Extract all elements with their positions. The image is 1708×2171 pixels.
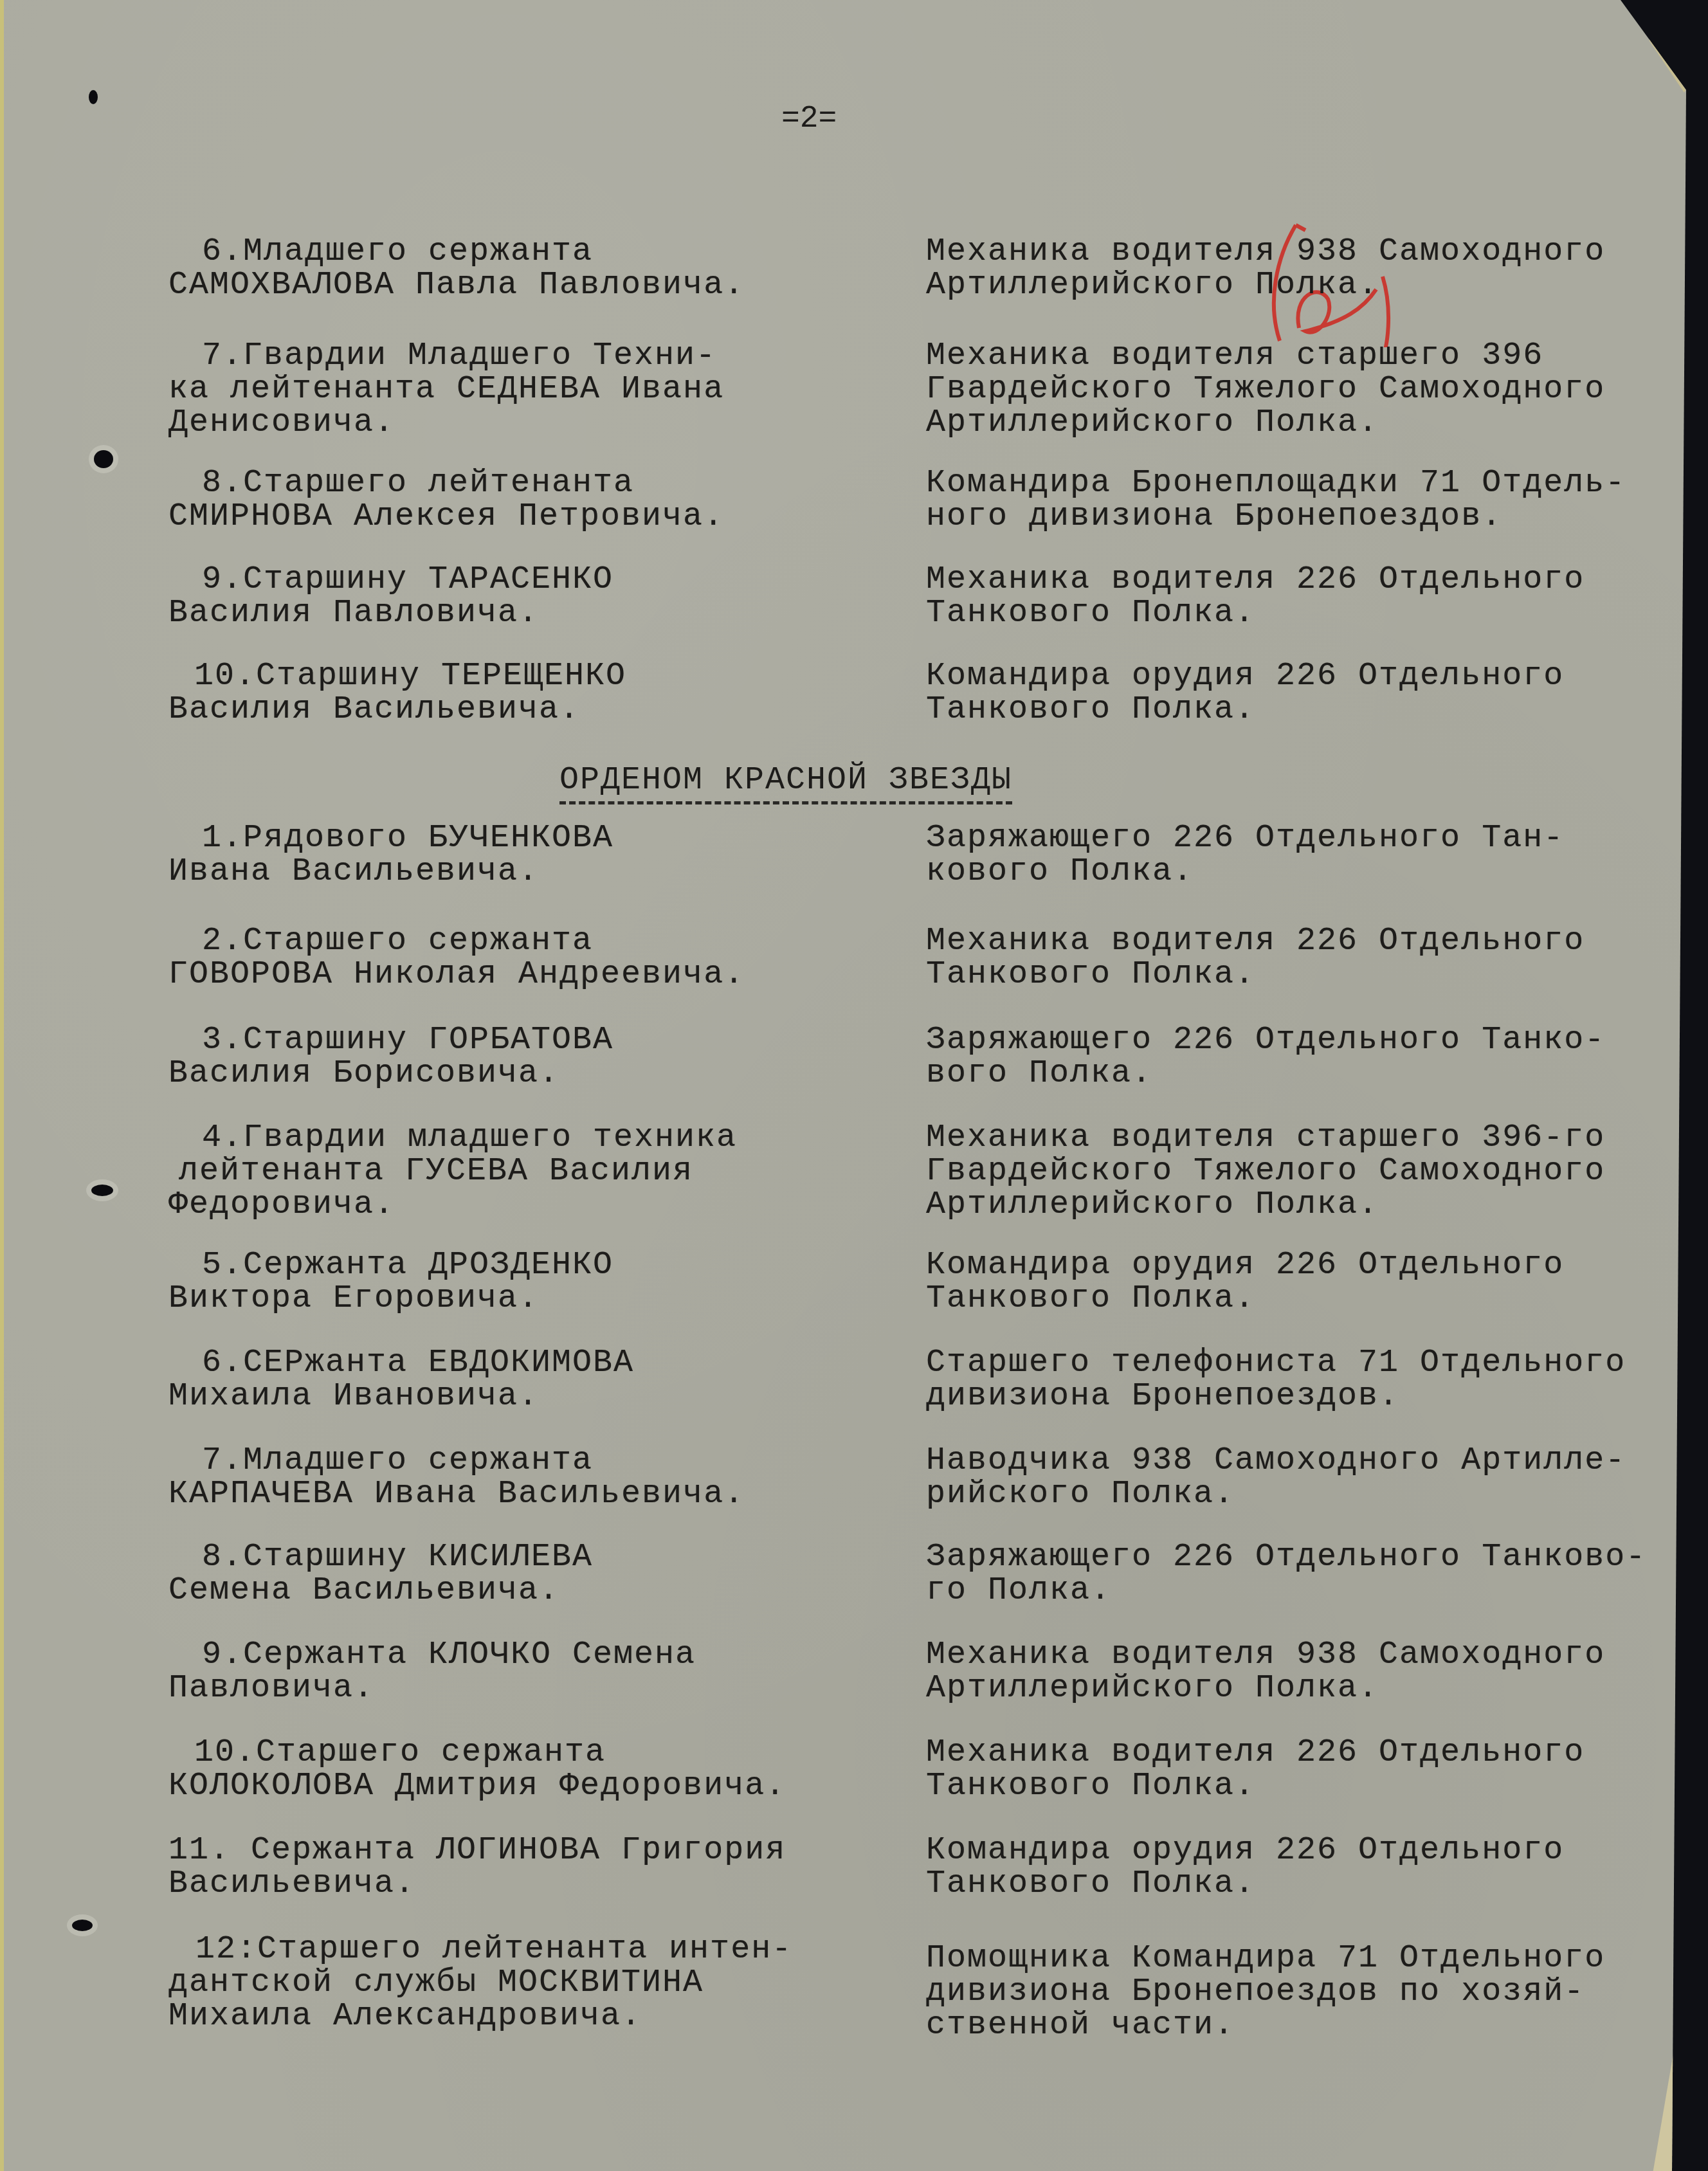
- name-line: Васильевича.: [168, 1867, 914, 1901]
- name-line: КАРПАЧЕВА Ивана Васильевича.: [168, 1478, 914, 1511]
- entry-position-block: Механика водителя 938 Самоходного Артилл…: [926, 1639, 1672, 1705]
- name-line: ка лейтенанта СЕДНЕВА Ивана: [168, 373, 914, 406]
- entry-name-block: 6.Младшего сержанта САМОХВАЛОВА Павла Па…: [168, 235, 914, 302]
- entry-position-block: Наводчика 938 Самоходного Артилле- рийск…: [926, 1444, 1672, 1511]
- entry-name-block: 7.Гвардии Младшего Техни- ка лейтенанта …: [168, 340, 914, 440]
- name-line: 8.Старшину КИСИЛЕВА: [168, 1541, 914, 1574]
- name-line: 6.Младшего сержанта: [168, 235, 914, 269]
- name-line: 3.Старшину ГОРБАТОВА: [168, 1024, 914, 1057]
- punch-hole-top: [89, 90, 98, 104]
- position-line: Танкового Полка.: [926, 597, 1672, 630]
- entry-name-block: 6.СЕРжанта ЕВДОКИМОВА Михаила Ивановича.: [168, 1347, 914, 1413]
- position-line: Командира орудия 226 Отдельного: [926, 1249, 1672, 1282]
- position-line: Механика водителя 226 Отдельного: [926, 563, 1672, 597]
- paper-left-edge: [0, 0, 4, 2171]
- position-line: Помощника Командира 71 Отдельного: [926, 1942, 1672, 1976]
- position-line: Танкового Полка.: [926, 1770, 1672, 1803]
- position-line: го Полка.: [926, 1574, 1672, 1608]
- name-line: 1.Рядового БУЧЕНКОВА: [168, 822, 914, 855]
- name-line: 2.Старшего сержанта: [168, 925, 914, 958]
- name-line: 7.Младшего сержанта: [168, 1444, 914, 1478]
- name-line: 5.Сержанта ДРОЗДЕНКО: [168, 1249, 914, 1282]
- position-line: Командира орудия 226 Отдельного: [926, 1834, 1672, 1867]
- entry-position-block: Заряжающего 226 Отдельного Танко- вого П…: [926, 1024, 1672, 1091]
- position-line: Наводчика 938 Самоходного Артилле-: [926, 1444, 1672, 1478]
- name-line: Василия Борисовича.: [168, 1057, 914, 1091]
- position-line: Гвардейского Тяжелого Самоходного: [926, 1155, 1672, 1188]
- entry-name-block: 4.Гвардии младшего техника лейтенанта ГУ…: [168, 1122, 914, 1222]
- position-line: Гвардейского Тяжелого Самоходного: [926, 373, 1672, 406]
- position-line: Командира Бронеплощадки 71 Отдель-: [926, 467, 1672, 500]
- position-line: Механика водителя 938 Самоходного: [926, 235, 1672, 269]
- position-line: вого Полка.: [926, 1057, 1672, 1091]
- name-line: Василия Васильевича.: [168, 693, 914, 727]
- entry-position-block: Механика водителя 226 Отдельного Танково…: [926, 1736, 1672, 1803]
- entry-position-block: Командира орудия 226 Отдельного Танковог…: [926, 660, 1672, 727]
- name-line: СМИРНОВА Алексея Петровича.: [168, 500, 914, 534]
- entry-position-block: Заряжающего 226 Отдельного Танково- го П…: [926, 1541, 1672, 1608]
- name-line: Семена Васильевича.: [168, 1574, 914, 1608]
- name-line: 11. Сержанта ЛОГИНОВА Григория: [168, 1834, 914, 1867]
- position-line: Механика водителя 226 Отдельного: [926, 1736, 1672, 1770]
- name-line: 12:Старшего лейтенанта интен-: [168, 1933, 914, 1967]
- position-line: Артиллерийского Полка.: [926, 1188, 1672, 1222]
- position-line: Танкового Полка.: [926, 693, 1672, 727]
- position-line: Старшего телефониста 71 Отдельного: [926, 1347, 1672, 1380]
- name-line: 7.Гвардии Младшего Техни-: [168, 340, 914, 373]
- name-line: САМОХВАЛОВА Павла Павловича.: [168, 269, 914, 302]
- entry-name-block: 9.Сержанта КЛОЧКО Семена Павловича.: [168, 1639, 914, 1705]
- name-line: Михаила Александровича.: [168, 2000, 914, 2033]
- name-line: лейтенанта ГУСЕВА Василия: [168, 1155, 914, 1188]
- entry-name-block: 5.Сержанта ДРОЗДЕНКО Виктора Егоровича.: [168, 1249, 914, 1316]
- entry-name-block: 8.Старшину КИСИЛЕВА Семена Васильевича.: [168, 1541, 914, 1608]
- position-line: ственной части.: [926, 2009, 1672, 2042]
- page-number: =2=: [781, 102, 837, 136]
- name-line: 10.Старшину ТЕРЕЩЕНКО: [168, 660, 914, 693]
- name-line: Михаила Ивановича.: [168, 1380, 914, 1413]
- folded-corner: [1643, 3, 1688, 93]
- position-line: Артиллерийского Полка.: [926, 269, 1672, 302]
- entry-position-block: Помощника Командира 71 Отдельного дивизи…: [926, 1942, 1672, 2042]
- punch-hole-2: [91, 1185, 113, 1196]
- position-line: дивизиона Бронепоездов.: [926, 1380, 1672, 1413]
- entry-position-block: Командира Бронеплощадки 71 Отдель- ного …: [926, 467, 1672, 534]
- name-line: Ивана Васильевича.: [168, 855, 914, 889]
- entry-name-block: 7.Младшего сержанта КАРПАЧЕВА Ивана Васи…: [168, 1444, 914, 1511]
- position-line: ного дивизиона Бронепоездов.: [926, 500, 1672, 534]
- entry-name-block: 11. Сержанта ЛОГИНОВА Григория Васильеви…: [168, 1834, 914, 1901]
- position-line: Заряжающего 226 Отдельного Танко-: [926, 1024, 1672, 1057]
- position-line: Танкового Полка.: [926, 1867, 1672, 1901]
- entry-position-block: Механика водителя 938 Самоходного Артилл…: [926, 235, 1672, 302]
- position-line: Заряжающего 226 Отдельного Тан-: [926, 822, 1672, 855]
- entry-position-block: Заряжающего 226 Отдельного Тан- кового П…: [926, 822, 1672, 889]
- entry-position-block: Механика водителя 226 Отдельного Танково…: [926, 925, 1672, 992]
- entry-name-block: 1.Рядового БУЧЕНКОВА Ивана Васильевича.: [168, 822, 914, 889]
- position-line: Заряжающего 226 Отдельного Танково-: [926, 1541, 1672, 1574]
- name-line: 10.Старшего сержанта: [168, 1736, 914, 1770]
- entry-position-block: Механика водителя старшего 396-го Гварде…: [926, 1122, 1672, 1222]
- position-line: Механика водителя старшего 396-го: [926, 1122, 1672, 1155]
- entry-name-block: 8.Старшего лейтенанта СМИРНОВА Алексея П…: [168, 467, 914, 534]
- position-line: дивизиона Бронепоездов по хозяй-: [926, 1976, 1672, 2009]
- entry-name-block: 3.Старшину ГОРБАТОВА Василия Борисовича.: [168, 1024, 914, 1091]
- entry-position-block: Механика водителя 226 Отдельного Танково…: [926, 563, 1672, 630]
- name-line: дантской службы МОСКВИТИНА: [168, 1967, 914, 2000]
- entry-name-block: 10.Старшего сержанта КОЛОКОЛОВА Дмитрия …: [168, 1736, 914, 1803]
- entry-position-block: Командира орудия 226 Отдельного Танковог…: [926, 1249, 1672, 1316]
- position-line: кового Полка.: [926, 855, 1672, 889]
- name-line: 4.Гвардии младшего техника: [168, 1122, 914, 1155]
- name-line: 6.СЕРжанта ЕВДОКИМОВА: [168, 1347, 914, 1380]
- name-line: Виктора Егоровича.: [168, 1282, 914, 1316]
- punch-hole-1: [94, 450, 113, 468]
- entry-name-block: 9.Старшину ТАРАСЕНКО Василия Павловича.: [168, 563, 914, 630]
- name-line: Денисовича.: [168, 406, 914, 440]
- document-page: =2= 6.Младшего сержанта САМОХВАЛОВА Павл…: [0, 0, 1686, 2171]
- position-line: Артиллерийского Полка.: [926, 406, 1672, 440]
- name-line: 9.Старшину ТАРАСЕНКО: [168, 563, 914, 597]
- entry-name-block: 12:Старшего лейтенанта интен- дантской с…: [168, 1933, 914, 2033]
- position-line: рийского Полка.: [926, 1478, 1672, 1511]
- entry-name-block: 2.Старшего сержанта ГОВОРОВА Николая Анд…: [168, 925, 914, 992]
- name-line: Василия Павловича.: [168, 597, 914, 630]
- entry-position-block: Старшего телефониста 71 Отдельного дивиз…: [926, 1347, 1672, 1413]
- entry-position-block: Командира орудия 226 Отдельного Танковог…: [926, 1834, 1672, 1901]
- position-line: Артиллерийского Полка.: [926, 1672, 1672, 1705]
- position-line: Механика водителя 226 Отдельного: [926, 925, 1672, 958]
- entry-name-block: 10.Старшину ТЕРЕЩЕНКО Василия Васильевич…: [168, 660, 914, 727]
- position-line: Танкового Полка.: [926, 1282, 1672, 1316]
- name-line: 8.Старшего лейтенанта: [168, 467, 914, 500]
- name-line: ГОВОРОВА Николая Андреевича.: [168, 958, 914, 992]
- position-line: Механика водителя старшего 396: [926, 340, 1672, 373]
- punch-hole-3: [72, 1920, 93, 1931]
- position-line: Механика водителя 938 Самоходного: [926, 1639, 1672, 1672]
- name-line: Павловича.: [168, 1672, 914, 1705]
- entry-position-block: Механика водителя старшего 396 Гвардейск…: [926, 340, 1672, 440]
- name-line: Федоровича.: [168, 1188, 914, 1222]
- position-line: Танкового Полка.: [926, 958, 1672, 992]
- name-line: 9.Сержанта КЛОЧКО Семена: [168, 1639, 914, 1672]
- name-line: КОЛОКОЛОВА Дмитрия Федоровича.: [168, 1770, 914, 1803]
- position-line: Командира орудия 226 Отдельного: [926, 660, 1672, 693]
- section-heading-order-of-red-star: ОРДЕНОМ КРАСНОЙ ЗВЕЗДЫ: [559, 762, 1012, 804]
